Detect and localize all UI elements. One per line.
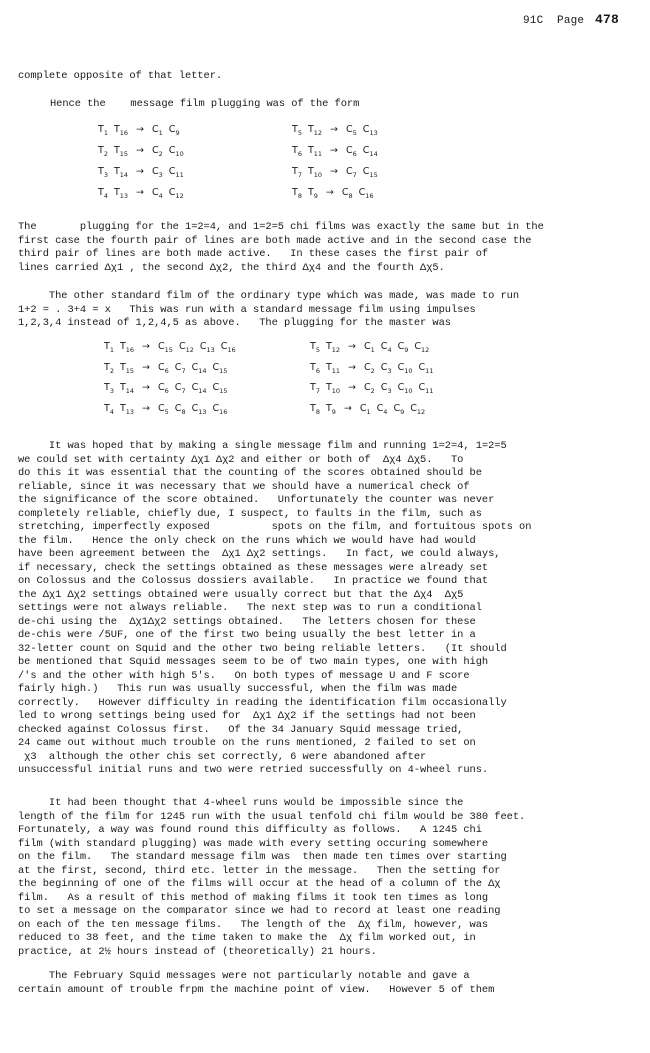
table1-row: T6T11→C6C14	[292, 145, 378, 158]
p4-line: led to wrong settings being used for Δχ1…	[18, 710, 476, 724]
p5-line: to set a message on the comparator since…	[18, 905, 500, 919]
table2-row: T8T9→C1C4C9C12	[310, 403, 425, 416]
table2-row: T1T16→C15C12C13C16	[104, 341, 236, 354]
p4-line: de-chi using the Δχ1Δχ2 settings obtaine…	[18, 616, 476, 630]
p4-line: It was hoped that by making a single mes…	[18, 440, 507, 454]
arrow-icon: →	[142, 362, 150, 373]
table1-row: T2T15→C2C10	[98, 145, 184, 158]
p4-line: the film. Hence the only check on the ru…	[18, 535, 476, 549]
p5-line: length of the film for 1245 run with the…	[18, 811, 525, 825]
arrow-icon: →	[142, 403, 150, 414]
table1-row: T7T10→C7C15	[292, 166, 378, 179]
arrow-icon: →	[330, 166, 338, 177]
p5-line: on each of the ten message films. The le…	[18, 919, 488, 933]
table2-row: T5T12→C1C4C9C12	[310, 341, 429, 354]
p4-line: fairly high.) This run was usually succe…	[18, 683, 457, 697]
table2-row: T6T11→C2C3C10C11	[310, 362, 433, 375]
p5-line: film (with standard plugging) was made w…	[18, 838, 488, 852]
section-id: 91C	[523, 15, 543, 27]
table2-row: T3T14→C6C7C14C15	[104, 382, 227, 395]
p5-line: at the first, second, third etc. letter …	[18, 865, 500, 879]
p4-line: completely reliable, chiefly due, I susp…	[18, 508, 482, 522]
p4-line: checked against Colossus first. Of the 3…	[18, 724, 463, 738]
table1-row: T3T14→C3C11	[98, 166, 184, 179]
p3-line: 1+2 = . 3+4 = x This was run with a stan…	[18, 304, 476, 318]
p4-line: de-chis were /5UF, one of the first two …	[18, 629, 476, 643]
arrow-icon: →	[330, 145, 338, 156]
p2-line: lines carried Δχ1 , the second Δχ2, the …	[18, 262, 445, 276]
table1-row: T8T9→C8C16	[292, 187, 374, 200]
p4-line: have been agreement between the Δχ1 Δχ2 …	[18, 548, 500, 562]
p4-line: settings were not always reliable. The n…	[18, 602, 482, 616]
p6-line: certain amount of trouble frpm the machi…	[18, 984, 494, 998]
p3-line: 1,2,3,4 instead of 1,2,4,5 as above. The…	[18, 317, 451, 331]
arrow-icon: →	[348, 341, 356, 352]
table2-row: T4T13→C5C8C13C16	[104, 403, 227, 416]
arrow-icon: →	[136, 124, 144, 135]
p4-line: if necessary, check the settings obtaine…	[18, 562, 488, 576]
arrow-icon: →	[136, 145, 144, 156]
p4-line: be mentioned that Squid messages seem to…	[18, 656, 488, 670]
p4-line: correctly. However difficulty in reading…	[18, 697, 507, 711]
p4-line: we could set with certainty Δχ1 Δχ2 and …	[18, 454, 463, 468]
p6-line: The February Squid messages were not par…	[18, 970, 470, 984]
p5-line: It had been thought that 4-wheel runs wo…	[18, 797, 463, 811]
p0-line: complete opposite of that letter.	[18, 70, 222, 84]
table1-row: T4T13→C4C12	[98, 187, 184, 200]
p5-line: reduced to 38 feet, and the time taken t…	[18, 932, 476, 946]
p4-line: /'s and the other with high 5's. On both…	[18, 670, 470, 684]
arrow-icon: →	[348, 382, 356, 393]
p5-line: film. As a result of this method of maki…	[18, 892, 488, 906]
p4-line: the Δχ1 Δχ2 settings obtained were usual…	[18, 589, 463, 603]
table2-row: T2T15→C6C7C14C15	[104, 362, 227, 375]
p4-line: on Colossus and the Colossus dossiers av…	[18, 575, 488, 589]
arrow-icon: →	[344, 403, 352, 414]
arrow-icon: →	[142, 382, 150, 393]
p4-line: χ3 although the other chis set correctly…	[18, 751, 426, 765]
arrow-icon: →	[136, 187, 144, 198]
p5-line: on the film. The standard message film w…	[18, 851, 507, 865]
p4-line: 32-letter count on Squid and the other t…	[18, 643, 507, 657]
arrow-icon: →	[330, 124, 338, 135]
p4-line: reliable, since it was necessary that we…	[18, 481, 470, 495]
p2-line: first case the fourth pair of lines are …	[18, 235, 531, 249]
p3-line: The other standard film of the ordinary …	[18, 290, 519, 304]
p5-line: practice, at 2½ hours instead of (theore…	[18, 946, 377, 960]
p1_intro: Hence the message film plugging was of t…	[50, 98, 359, 112]
arrow-icon: →	[348, 362, 356, 373]
arrow-icon: →	[136, 166, 144, 177]
p4-line: unsuccessful initial runs and two were r…	[18, 764, 488, 778]
p4-line: the significance of the score obtained. …	[18, 494, 494, 508]
p4-line: do this it was essential that the counti…	[18, 467, 482, 481]
p2-line: The plugging for the 1=2=4, and 1=2=5 ch…	[18, 221, 544, 235]
table2-row: T7T10→C2C3C10C11	[310, 382, 433, 395]
table1-row: T1T16→C1C9	[98, 124, 180, 137]
page-number: 478	[595, 12, 619, 27]
p5-line: the beginning of one of the films will o…	[18, 878, 500, 892]
page-label: Page	[557, 15, 584, 27]
table1-row: T5T12→C5C13	[292, 124, 378, 137]
page-header: 91C Page 478	[523, 12, 619, 27]
arrow-icon: →	[326, 187, 334, 198]
p2-line: third pair of lines are both made active…	[18, 248, 488, 262]
p5-line: Fortunately, a way was found round this …	[18, 824, 482, 838]
p4-line: 24 came out without much trouble on the …	[18, 737, 476, 751]
arrow-icon: →	[142, 341, 150, 352]
p4-line: stretching, imperfectly exposed spots on…	[18, 521, 531, 535]
